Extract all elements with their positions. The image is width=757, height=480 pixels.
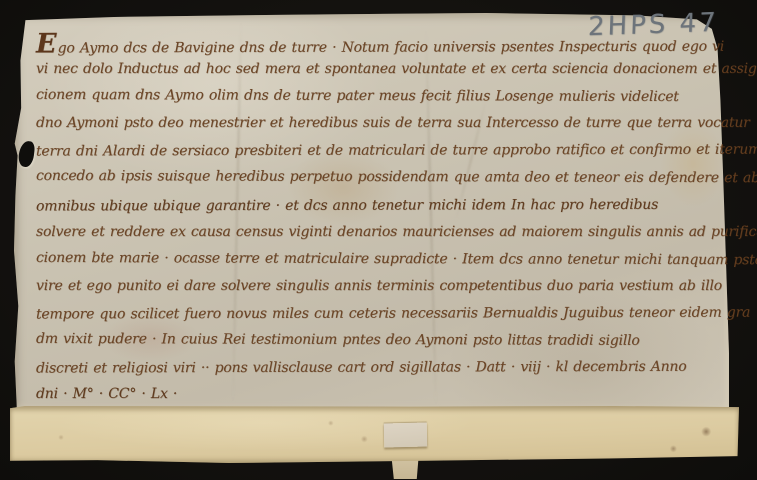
manuscript-line: dno Aymoni psto deo menestrier et heredi… <box>36 110 716 137</box>
manuscript-line: cionem bte marie · ocasse terre et matri… <box>36 245 716 274</box>
manuscript-line: solvere et reddere ex causa census vigin… <box>36 219 716 246</box>
manuscript-line: dm vixit pudere · In cuius Rei testimoni… <box>36 326 716 355</box>
shelf-mark: 2HPS 47 <box>588 8 720 43</box>
photograph-background: { "photo": { "background_color": "#14120… <box>0 0 757 480</box>
manuscript-line: cionem quam dns Aymo olim dns de turre p… <box>36 82 716 111</box>
manuscript-line: dni · M° · CC° · Lx · <box>36 381 716 408</box>
manuscript-line: vi nec dolo Inductus ad hoc sed mera et … <box>36 56 716 83</box>
manuscript-line: vire et ego punito ei dare solvere singu… <box>36 273 716 300</box>
manuscript-line: terra dni Alardi de sersiaco presbiteri … <box>36 137 716 166</box>
manuscript-line: tempore quo scilicet fuero novus miles c… <box>36 300 716 329</box>
manuscript-line: omnibus ubique ubique garantire · et dcs… <box>36 191 716 220</box>
plica-fold <box>10 406 739 463</box>
seal-tag-upper <box>384 423 427 448</box>
manuscript-line: discreti et religiosi viri ·· pons valli… <box>36 354 716 383</box>
manuscript-line: concedo ab ipsis suisque heredibus perpe… <box>36 163 716 192</box>
manuscript-text-block: Ego Aymo dcs de Bavigine dns de turre · … <box>36 29 716 408</box>
